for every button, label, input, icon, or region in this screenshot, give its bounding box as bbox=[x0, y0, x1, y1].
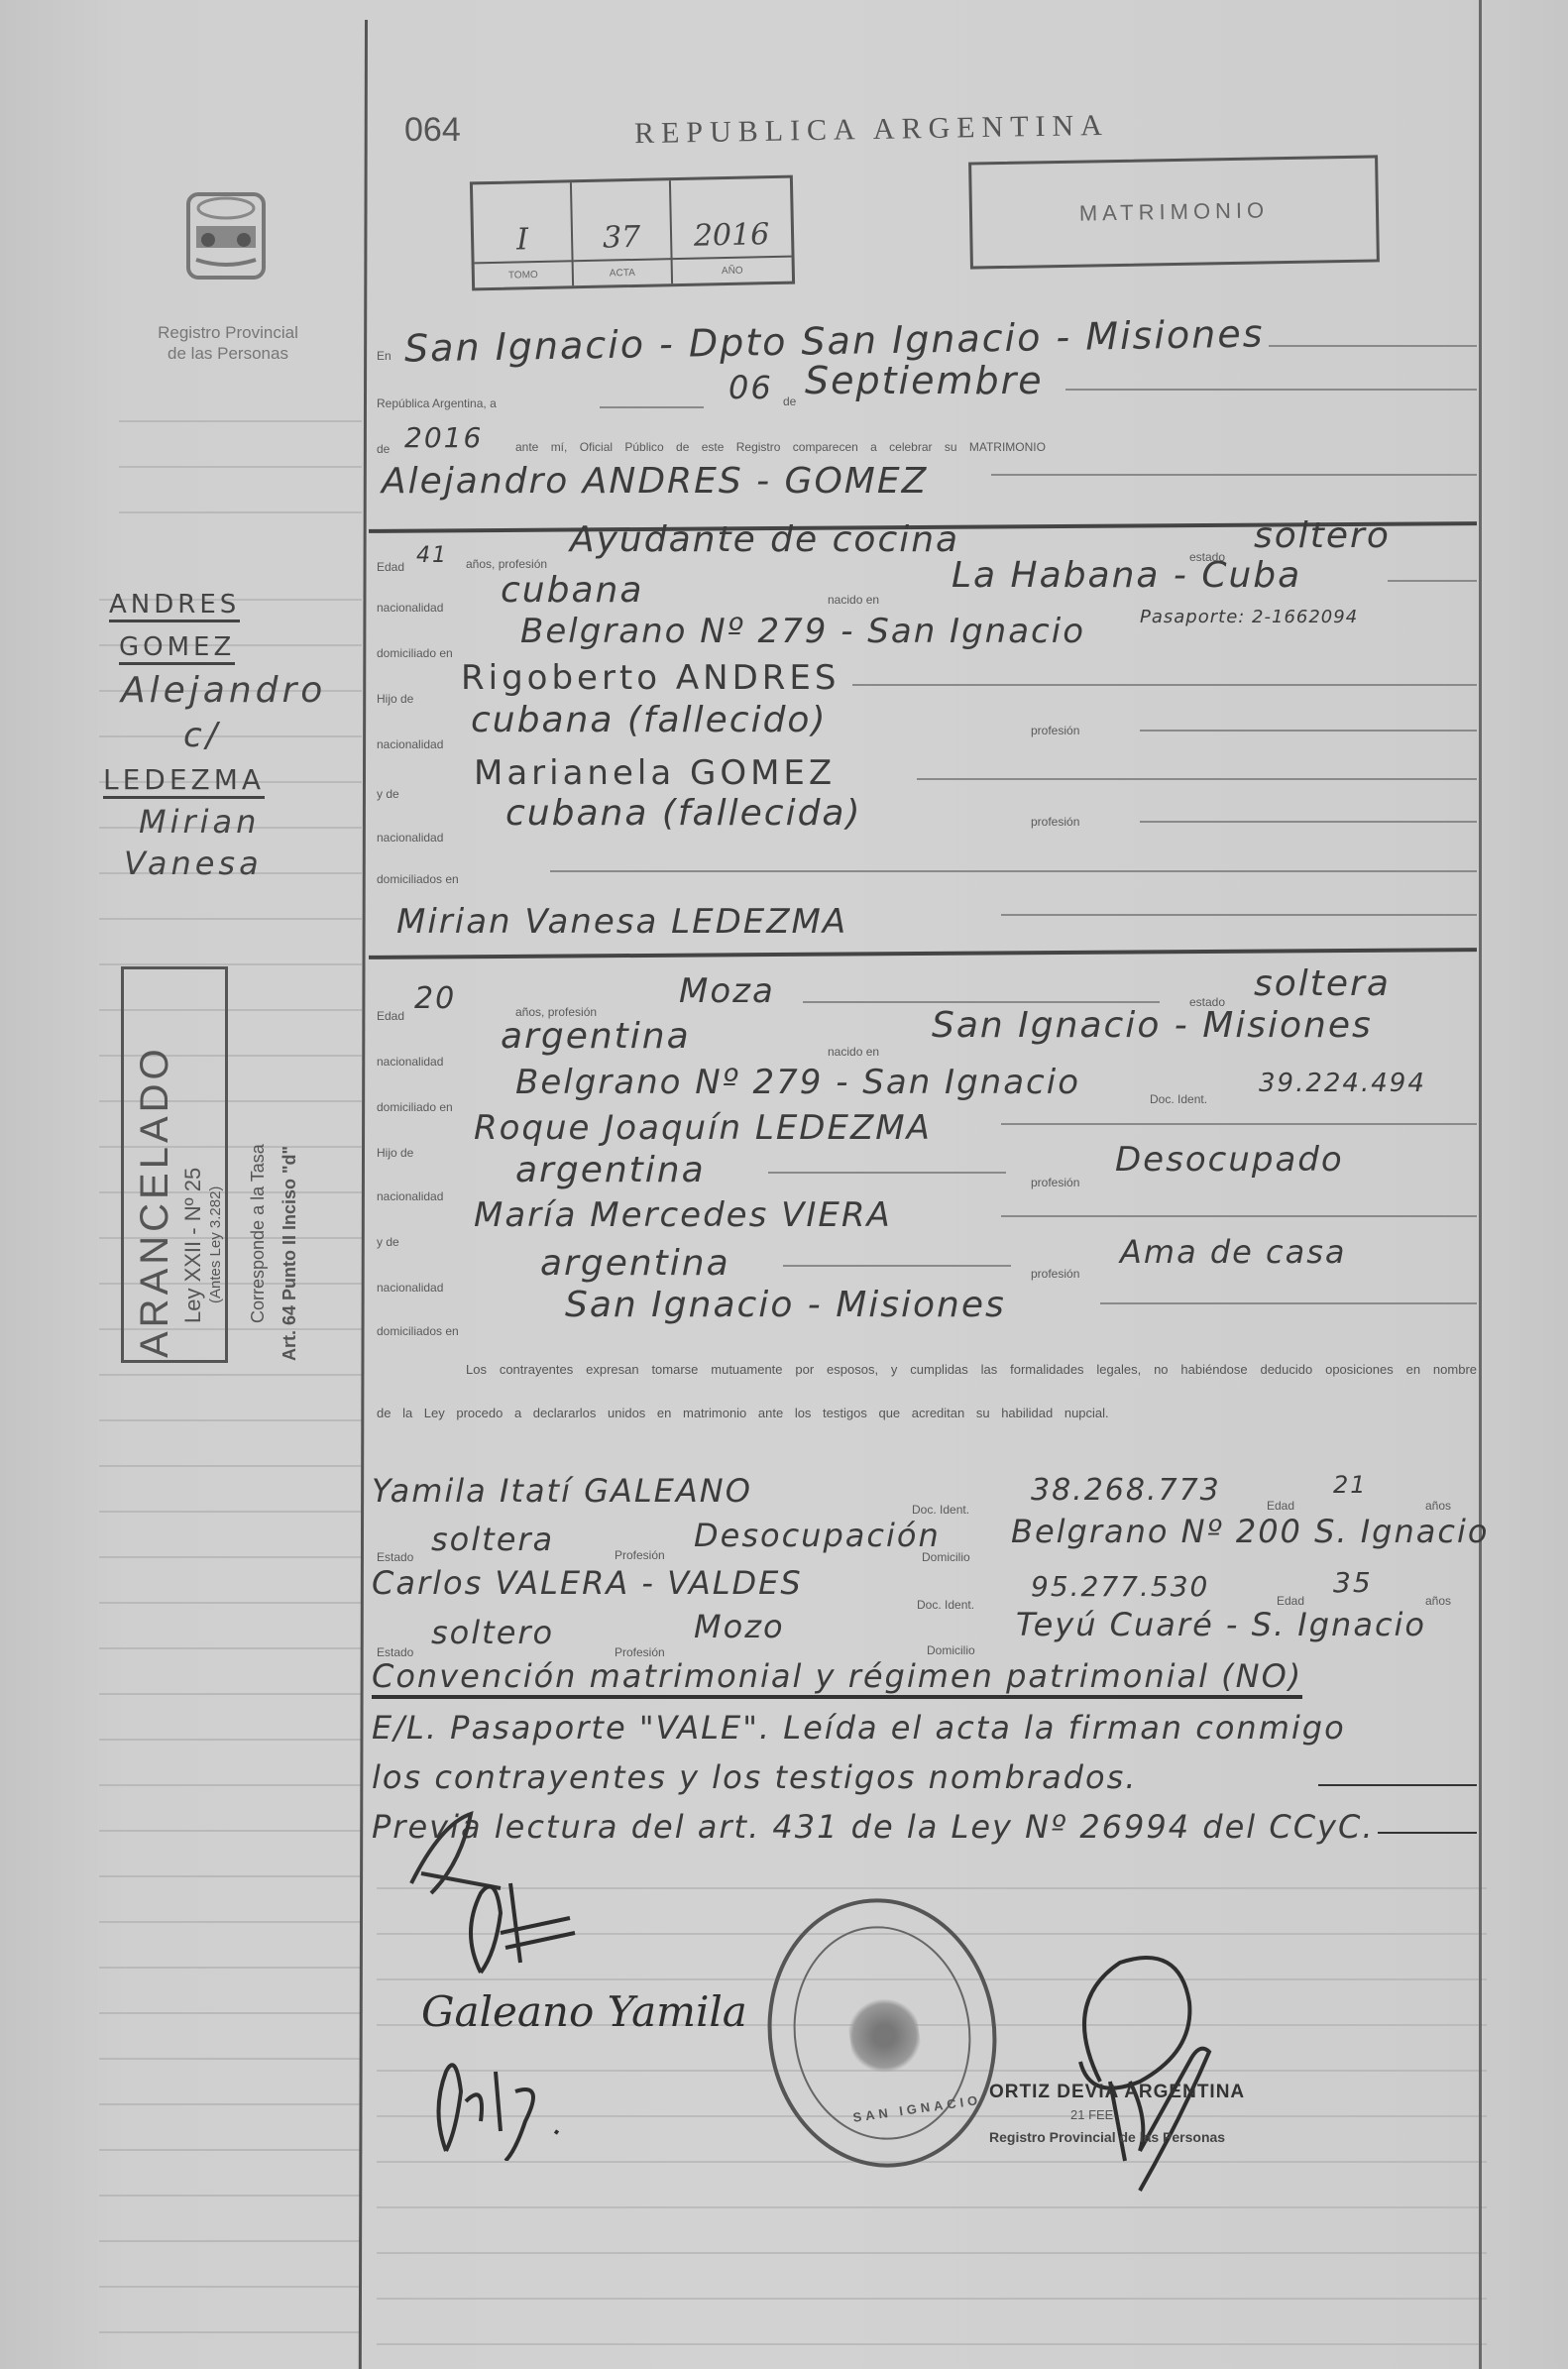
groom-birthplace: La Habana - Cuba bbox=[952, 555, 1301, 596]
margin-given-name-1: Alejandro bbox=[121, 670, 326, 711]
bride-document: 39.224.494 bbox=[1259, 1069, 1426, 1098]
page-number: 064 bbox=[404, 111, 461, 150]
witness-2-age: 35 bbox=[1333, 1566, 1373, 1599]
groom-father: Rigoberto ANDRES bbox=[461, 658, 840, 698]
year-value: 2016 bbox=[404, 421, 483, 454]
rule bbox=[1001, 1215, 1477, 1217]
groom-nationality: cubana bbox=[501, 570, 643, 611]
arancelado-law-sub: (Antes Ley 3.282) bbox=[207, 1186, 224, 1303]
rule bbox=[550, 870, 1477, 872]
arancelado-corresponde: Corresponde a la Tasa bbox=[248, 1144, 269, 1323]
groom-marital-status: soltero bbox=[1254, 515, 1391, 556]
label-y-de: y de bbox=[377, 787, 399, 801]
label-edad: Edad bbox=[1267, 1499, 1294, 1513]
label-nacionalidad: nacionalidad bbox=[377, 831, 443, 845]
acta-label: ACTA bbox=[574, 258, 674, 285]
groom-mother: Marianela GOMEZ bbox=[474, 753, 836, 793]
label-de-year: de bbox=[377, 442, 390, 456]
label-de: de bbox=[783, 395, 796, 408]
rule bbox=[1378, 1832, 1477, 1834]
acta-reference-table: I 37 2016 TOMO ACTA AÑO bbox=[470, 175, 795, 291]
margin-ruled-lines-top bbox=[119, 377, 362, 555]
page-edge-line bbox=[1479, 0, 1482, 2369]
month-value: Septiembre bbox=[805, 359, 1044, 402]
bride-mother-profession: Ama de casa bbox=[1120, 1233, 1347, 1271]
rule bbox=[917, 778, 1477, 780]
note-pasaporte: E/L. Pasaporte "VALE". Leída el acta la … bbox=[372, 1709, 1346, 1747]
label-republica: República Argentina, a bbox=[377, 396, 497, 410]
bride-mother: María Mercedes VIERA bbox=[474, 1195, 892, 1235]
rule bbox=[1388, 580, 1477, 582]
label-domicilio: Domicilio bbox=[927, 1643, 975, 1657]
rule bbox=[1001, 914, 1477, 916]
tomo-label: TOMO bbox=[475, 260, 575, 287]
day-value: 06 bbox=[728, 369, 773, 406]
witness-1-age: 21 bbox=[1333, 1471, 1368, 1499]
label-hijo-de: Hijo de bbox=[377, 1146, 413, 1160]
arancelado-article: Art. 64 Punto II Inciso "d" bbox=[280, 1146, 300, 1361]
rule bbox=[1318, 1784, 1477, 1786]
rule bbox=[1140, 730, 1477, 732]
tomo-value: I bbox=[473, 182, 574, 262]
bride-mother-nationality: argentina bbox=[540, 1243, 730, 1284]
label-edad: Edad bbox=[377, 1009, 404, 1023]
witness-2-document: 95.277.530 bbox=[1031, 1570, 1209, 1603]
label-profesion: profesión bbox=[1031, 1267, 1079, 1281]
bride-birthplace: San Ignacio - Misiones bbox=[932, 1005, 1373, 1046]
witness-2-address: Teyú Cuaré - S. Ignacio bbox=[1016, 1606, 1426, 1643]
rule bbox=[783, 1265, 1011, 1267]
label-profesion: profesión bbox=[1031, 815, 1079, 829]
margin-conjunction: c/ bbox=[183, 716, 221, 755]
rule bbox=[768, 1172, 1006, 1174]
label-profesion: profesión bbox=[1031, 1176, 1079, 1189]
label-hijo-de: Hijo de bbox=[377, 692, 413, 706]
official-organization: Registro Provincial de las Personas bbox=[989, 2129, 1225, 2145]
bride-age: 20 bbox=[414, 981, 456, 1016]
record-type-box: MATRIMONIO bbox=[968, 155, 1380, 269]
groom-name: Alejandro ANDRES - GOMEZ bbox=[382, 461, 928, 502]
label-domiciliado: domiciliado en bbox=[377, 646, 453, 660]
label-nacionalidad: nacionalidad bbox=[377, 1189, 443, 1203]
note-contrayentes: los contrayentes y los testigos nombrado… bbox=[372, 1758, 1137, 1796]
arancelado-law: Ley XXII - Nº 25 bbox=[180, 1168, 206, 1323]
bride-section-divider bbox=[369, 948, 1477, 959]
arancelado-title: ARANCELADO bbox=[133, 1045, 177, 1358]
rule bbox=[991, 474, 1477, 476]
label-nacido: nacido en bbox=[828, 593, 879, 607]
label-y-de: y de bbox=[377, 1235, 399, 1249]
witness-2-marital-status: soltero bbox=[431, 1614, 554, 1651]
bride-father-profession: Desocupado bbox=[1115, 1140, 1344, 1180]
label-profesion: profesión bbox=[1031, 724, 1079, 737]
groom-address: Belgrano Nº 279 - San Ignacio bbox=[520, 612, 1085, 651]
official-subtitle: 21 FEE bbox=[1070, 2107, 1113, 2122]
witness-1-address: Belgrano Nº 200 S. Ignacio bbox=[1011, 1513, 1489, 1550]
witness-1-profession: Desocupación bbox=[694, 1517, 941, 1554]
note-ley: Previa lectura del art. 431 de la Ley Nº… bbox=[372, 1808, 1374, 1846]
witness-1-document: 38.268.773 bbox=[1031, 1473, 1221, 1508]
rule bbox=[803, 1001, 1160, 1003]
label-anios: años bbox=[1425, 1499, 1451, 1513]
signature-bride-icon bbox=[426, 2042, 585, 2161]
signature-groom-icon bbox=[451, 1873, 590, 1982]
label-domicilio: Domicilio bbox=[922, 1550, 970, 1564]
bride-father-nationality: argentina bbox=[515, 1150, 706, 1190]
label-profesion: Profesión bbox=[615, 1548, 665, 1562]
declaration-text: Los contrayentes expresan tomarse mutuam… bbox=[377, 1348, 1477, 1435]
bride-father: Roque Joaquín LEDEZMA bbox=[474, 1108, 932, 1148]
logo-caption-line-2: de las Personas bbox=[129, 343, 327, 364]
bride-marital-status: soltera bbox=[1254, 963, 1391, 1004]
witness-1-marital-status: soltera bbox=[431, 1521, 554, 1558]
document-page: 064 REPUBLICA ARGENTINA I 37 2016 TOMO A… bbox=[0, 0, 1568, 2369]
label-anios-profesion: años, profesión bbox=[466, 557, 547, 571]
label-domiciliado: domiciliado en bbox=[377, 1100, 453, 1114]
anio-label: AÑO bbox=[673, 256, 793, 284]
margin-surname-3: LEDEZMA bbox=[103, 763, 265, 799]
rule bbox=[1001, 1123, 1477, 1125]
bride-name: Mirian Vanesa LEDEZMA bbox=[396, 902, 847, 942]
groom-father-nationality: cubana (fallecido) bbox=[471, 700, 828, 740]
seal-emblem-icon bbox=[844, 1991, 924, 2080]
rule bbox=[1269, 345, 1477, 347]
rule bbox=[1140, 821, 1477, 823]
signature-official-icon bbox=[1031, 1943, 1288, 2200]
label-nacionalidad: nacionalidad bbox=[377, 601, 443, 615]
groom-mother-nationality: cubana (fallecida) bbox=[505, 793, 862, 834]
logo-caption: Registro Provincial de las Personas bbox=[129, 322, 327, 364]
anio-value: 2016 bbox=[671, 178, 792, 258]
label-en: En bbox=[377, 349, 392, 363]
groom-age: 41 bbox=[416, 543, 448, 568]
rule bbox=[1100, 1302, 1477, 1304]
note-convencion: Convención matrimonial y régimen patrimo… bbox=[372, 1657, 1302, 1699]
groom-profession: Ayudante de cocina bbox=[570, 519, 959, 560]
label-nacionalidad: nacionalidad bbox=[377, 1281, 443, 1295]
witness-1-name: Yamila Itatí GALEANO bbox=[372, 1472, 752, 1510]
label-nacionalidad: nacionalidad bbox=[377, 1055, 443, 1069]
rule bbox=[1065, 389, 1477, 391]
signature-witness-1: Galeano Yamila bbox=[421, 1987, 747, 2036]
rule bbox=[852, 684, 1477, 686]
logo-caption-line-1: Registro Provincial bbox=[129, 322, 327, 343]
groom-document: Pasaporte: 2-1662094 bbox=[1140, 607, 1358, 627]
label-estado: Estado bbox=[377, 1550, 413, 1564]
arancelado-stamp: ARANCELADO Ley XXII - Nº 25 (Antes Ley 3… bbox=[113, 966, 272, 1363]
label-doc-ident: Doc. Ident. bbox=[1150, 1092, 1207, 1106]
intro-printed-line: ante mí, Oficial Público de este Registr… bbox=[515, 440, 1046, 454]
bride-nationality: argentina bbox=[501, 1016, 691, 1057]
country-heading: REPUBLICA ARGENTINA bbox=[634, 109, 1109, 151]
witness-2-profession: Mozo bbox=[694, 1608, 785, 1645]
label-anios: años bbox=[1425, 1594, 1451, 1608]
official-name: ORTIZ DEVIA ARGENTINA bbox=[989, 2082, 1245, 2103]
margin-given-name-2: Mirian bbox=[139, 803, 260, 841]
acta-value: 37 bbox=[572, 180, 673, 260]
bride-profession: Moza bbox=[679, 971, 775, 1011]
margin-surname-2: GOMEZ bbox=[119, 632, 235, 665]
label-edad: Edad bbox=[377, 560, 404, 574]
label-nacido: nacido en bbox=[828, 1045, 879, 1059]
bride-parents-address: San Ignacio - Misiones bbox=[565, 1285, 1006, 1325]
margin-surname-1: ANDRES bbox=[109, 590, 240, 622]
witness-2-name: Carlos VALERA - VALDES bbox=[372, 1564, 803, 1602]
label-domiciliados: domiciliados en bbox=[377, 872, 459, 886]
province-coat-of-arms-icon bbox=[176, 186, 276, 285]
label-domiciliados: domiciliados en bbox=[377, 1324, 459, 1338]
label-nacionalidad: nacionalidad bbox=[377, 737, 443, 751]
label-doc-ident: Doc. Ident. bbox=[917, 1598, 974, 1612]
margin-given-name-3: Vanesa bbox=[124, 845, 263, 882]
bride-address: Belgrano Nº 279 - San Ignacio bbox=[515, 1063, 1080, 1102]
rule bbox=[600, 406, 704, 408]
label-doc-ident: Doc. Ident. bbox=[912, 1503, 969, 1517]
